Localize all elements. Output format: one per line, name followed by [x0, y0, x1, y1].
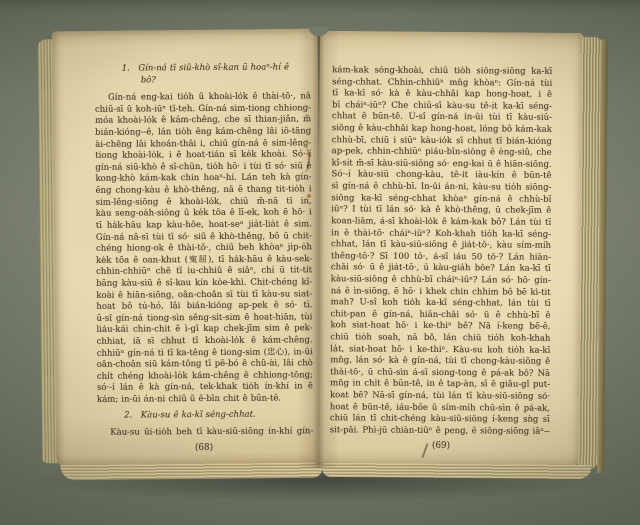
page-number-right: (69) — [331, 441, 551, 451]
left-page-text: 1. Gín-ná tī siū-khò sî-kan ū hoaⁿ-hí ê … — [95, 62, 314, 439]
text-line: chiū tio̍h soah, nā bô, lán chiū tio̍h k… — [330, 332, 550, 345]
text-line: kám-kak sóng-khoài, chiū tio̍h siōng-siō… — [332, 65, 552, 78]
text-line: kàu-siū-siōng ê chhù-bī cháiⁿ-iūⁿ? Lán s… — [331, 274, 551, 287]
page-number-left: (68) — [96, 443, 312, 453]
page-edge-stack-bottom-right — [322, 463, 592, 479]
text-line: sit-pāi. Phì-jū chiàn-tiûⁿ ê peng, ē siō… — [330, 425, 550, 438]
text-line: tī ha̍k-hāu kap kàu-hōe, hoat-seⁿ jia̍t-… — [96, 219, 312, 232]
text-line: bô? — [95, 74, 311, 87]
text-line: bián-kióng--ê, lán tio̍h ēng kám-chêng l… — [95, 126, 311, 139]
text-line: koan-liām, á-sī khoài-lo̍k ê kám-kak bô?… — [331, 216, 551, 229]
book-photo: 1. Gín-ná tī siū-khò sî-kan ū hoaⁿ-hí ê … — [0, 0, 640, 525]
text-line: Kàu-su ūi-tio̍h beh tī kàu-siū-siōng ín-… — [97, 427, 313, 440]
text-line: 1. Gín-ná tī siū-khò sî-kan ū hoaⁿ-hí ê … — [95, 62, 311, 75]
right-page-text: kám-kak sóng-khoài, chiū tio̍h siōng-siō… — [330, 65, 553, 438]
text-line: bāng kàu-siū ê sî-kau kín kòe-khì. Chit-… — [96, 277, 312, 290]
page-edge-stack-bottom-left — [60, 463, 322, 481]
text-line: 2. Kàu-su ê ka-kī séng-chhat. — [97, 409, 313, 422]
text-line: kám; in-ūi án-ni chiū ū ē-bīn chit ê būn… — [97, 393, 313, 406]
text-line: chhiat, iā sī chhut tī khoài-lo̍k ê kám-… — [97, 335, 313, 348]
